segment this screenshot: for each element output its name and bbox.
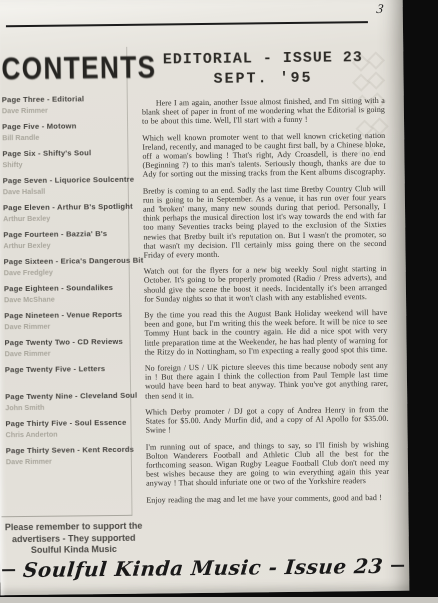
- page-footer: Soulful Kinda Music - Issue 23: [2, 554, 404, 583]
- contents-item-author: Dave Halsall: [3, 186, 137, 197]
- contents-item: Page Thirty Five - Soul Essence Chris An…: [5, 418, 139, 440]
- scan-bed-strip: [0, 597, 438, 603]
- contents-item-title: Page Five - Motown: [2, 121, 136, 132]
- contents-item-title: Page Eighteen - Soundalikes: [4, 283, 138, 294]
- editorial-heading-line2: SEPT. '95: [141, 69, 384, 89]
- contents-item: Page Twenty Nine - Cleveland Soul John S…: [5, 391, 139, 413]
- footer-title: Soulful Kinda Music - Issue 23: [22, 554, 384, 582]
- contents-list: Page Three - Editorial Dave Rimmer Page …: [2, 94, 140, 466]
- contents-item: Page Five - Motown Bill Randle: [2, 121, 136, 143]
- contents-item-author: Bill Randle: [2, 132, 136, 143]
- contents-item: Page Twenty Two - CD Reviews Dave Rimmer: [4, 337, 138, 359]
- editorial-heading-line1: EDITORIAL - ISSUE 23: [141, 49, 384, 69]
- contents-item-author: Dave Rimmer: [5, 348, 139, 359]
- contents-item-author: Chris Anderton: [6, 429, 140, 440]
- contents-item-title: Page Thirty Seven - Kent Records: [6, 445, 140, 456]
- contents-item-author: Dave Rimmer: [4, 321, 138, 332]
- contents-item-title: Page Three - Editorial: [2, 94, 136, 105]
- contents-item: Page Eighteen - Soundalikes Dave McShane: [4, 283, 138, 305]
- contents-item-title: Page Seven - Liquorice Soulcentre: [3, 175, 137, 186]
- contents-item: Page Twenty Five - Letters: [5, 364, 139, 386]
- editorial-paragraph: Enjoy reading the mag and let me have yo…: [146, 492, 389, 504]
- contents-item-author: Dave Rimmer: [2, 105, 136, 116]
- contents-item-title: Page Eleven - Arthur B's Spotlight: [3, 202, 137, 213]
- editorial-paragraph: Which well known promoter went to that w…: [142, 131, 386, 180]
- editorial-paragraph: No foreign / US / UK picture sleeves thi…: [145, 361, 388, 401]
- contents-item: Page Seven - Liquorice Soulcentre Dave H…: [3, 175, 137, 197]
- contents-item: Page Eleven - Arthur B's Spotlight Arthu…: [3, 202, 137, 224]
- editorial-heading: EDITORIAL - ISSUE 23 SEPT. '95: [141, 49, 384, 89]
- contents-item-title: Page Nineteen - Venue Reports: [4, 310, 138, 321]
- editorial-paragraph: Which Derby promoter / DJ got a copy of …: [145, 405, 388, 435]
- contents-item-title: Page Six - Shifty's Soul: [2, 148, 136, 159]
- contents-item: Page Nineteen - Venue Reports Dave Rimme…: [4, 310, 138, 332]
- contents-item-title: Page Twenty Two - CD Reviews: [4, 337, 138, 348]
- contents-item-title: Page Twenty Nine - Cleveland Soul: [5, 391, 139, 402]
- contents-item: Page Three - Editorial Dave Rimmer: [2, 94, 136, 116]
- contents-item-title: Page Thirty Five - Soul Essence: [5, 418, 139, 429]
- contents-column: CONTENTS Page Three - Editorial Dave Rim…: [1, 49, 140, 473]
- contents-item: Page Six - Shifty's Soul Shifty: [2, 148, 136, 170]
- contents-item: Page Thirty Seven - Kent Records Dave Ri…: [6, 445, 140, 467]
- contents-item-author: Dave Fredgley: [4, 267, 138, 278]
- top-rule: [6, 21, 368, 27]
- page-number: 3: [375, 1, 384, 17]
- scanned-fanzine-page: 3 CONTENTS Page Three - Editorial Dave R…: [0, 0, 438, 603]
- editorial-paragraph: Here I am again, another Issue almost fi…: [142, 96, 385, 126]
- footer-rule-left: [2, 569, 15, 571]
- contents-item-author: Arthur Bexley: [3, 240, 137, 251]
- contents-item-author: Dave McShane: [4, 294, 138, 305]
- editorial-paragraph: By the time you read this the August Ban…: [144, 308, 388, 357]
- support-notice: Please remember to support the advertise…: [2, 521, 146, 557]
- contents-title: CONTENTS: [1, 49, 135, 88]
- contents-item-author: Dave Rimmer: [6, 456, 140, 467]
- paper-sheet: 3 CONTENTS Page Three - Editorial Dave R…: [0, 0, 409, 595]
- editorial-column: EDITORIAL - ISSUE 23 SEPT. '95 Here I am…: [141, 49, 389, 511]
- editorial-paragraph: I'm running out of space, and things to …: [146, 439, 390, 488]
- contents-item-title: Page Sixteen - Erica's Dangerous Bit: [4, 256, 138, 267]
- contents-item-author: Shifty: [2, 159, 136, 170]
- contents-item: Page Fourteen - Bazzia' B's Arthur Bexle…: [3, 229, 137, 251]
- contents-item-author: Arthur Bexley: [3, 213, 137, 224]
- contents-item-author: John Smith: [5, 402, 139, 413]
- footer-rule-right: [391, 565, 404, 567]
- editorial-paragraph: Bretby is coming to an end. Sadly the la…: [143, 184, 387, 260]
- contents-item-author: [5, 375, 139, 377]
- contents-item-title: Page Fourteen - Bazzia' B's: [3, 229, 137, 240]
- contents-item: Page Sixteen - Erica's Dangerous Bit Dav…: [4, 256, 138, 278]
- contents-item-title: Page Twenty Five - Letters: [5, 364, 139, 375]
- editorial-paragraph: Watch out for the flyers for a new big w…: [144, 264, 387, 304]
